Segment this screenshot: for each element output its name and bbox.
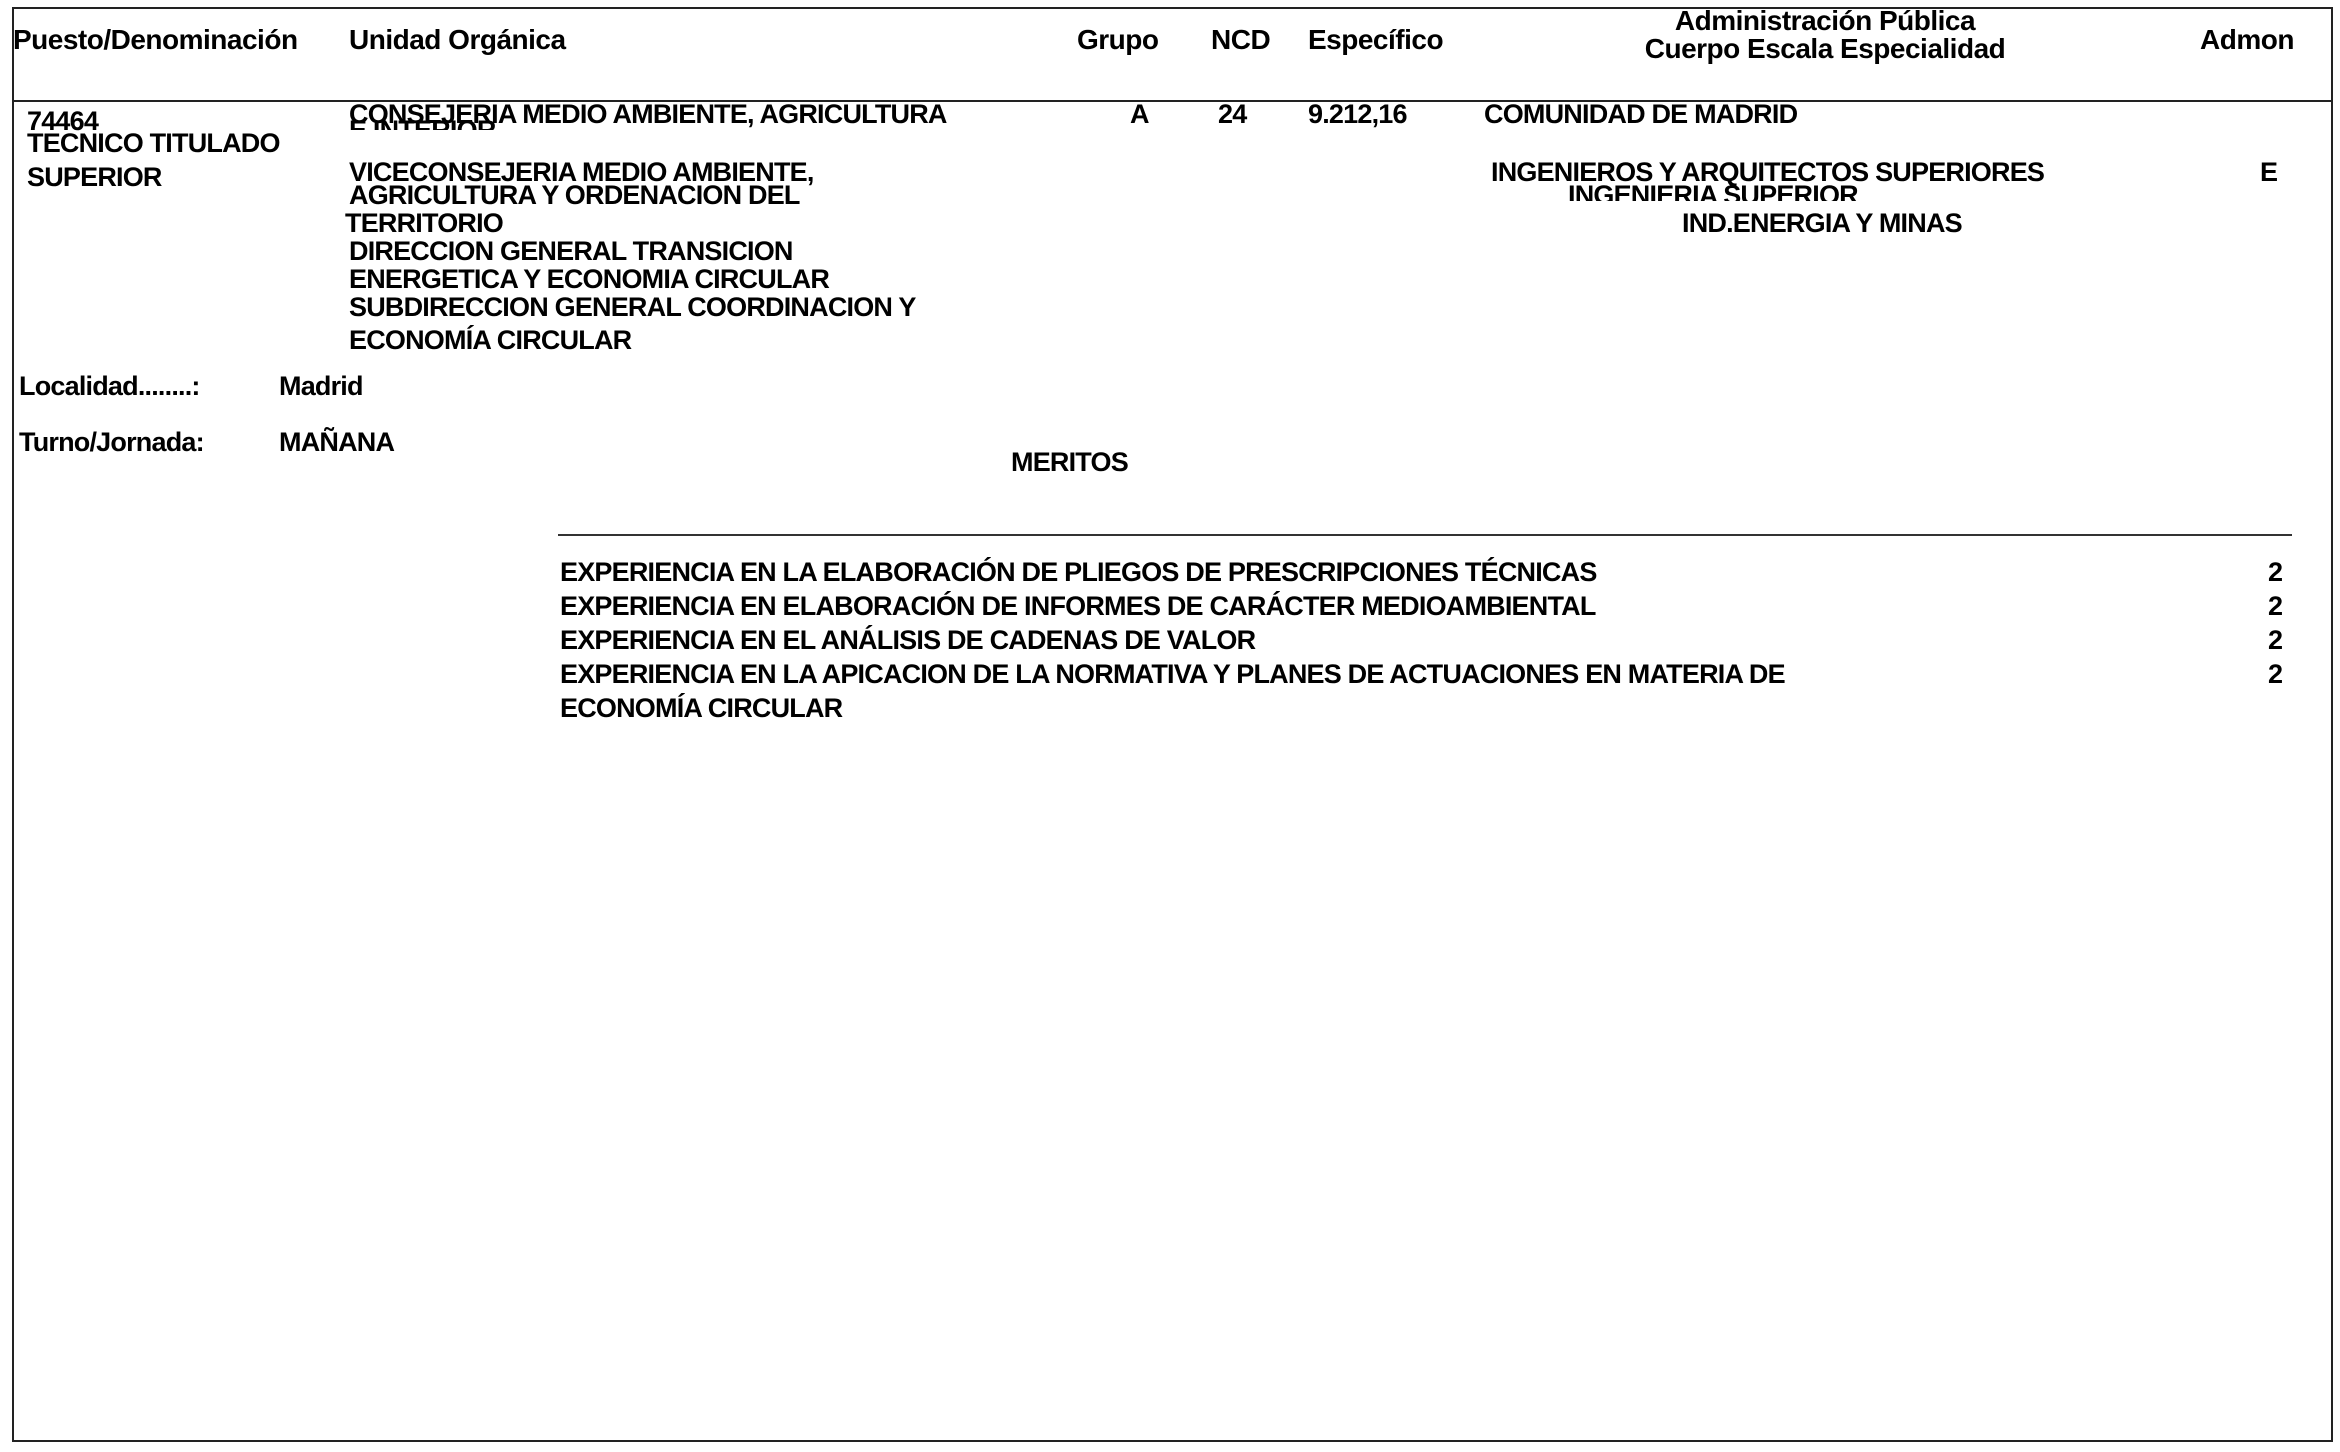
turno-label: Turno/Jornada: [19,428,204,456]
unidad-line: E INTERIOR [349,116,496,130]
unidad-line: ENERGETICA Y ECONOMIA CIRCULAR [349,265,829,293]
header-unidad: Unidad Orgánica [349,24,566,56]
especialidad-value: IND.ENERGIA Y MINAS [1682,209,1962,237]
unidad-line: SUBDIRECCION GENERAL COORDINACION Y [349,293,916,321]
meritos-divider [558,534,2292,536]
localidad-value: Madrid [279,372,363,400]
puesto-denominacion-1: TECNICO TITULADO [27,129,280,157]
puesto-denominacion-2: SUPERIOR [27,163,162,191]
meritos-title: MERITOS [1011,448,1128,476]
merito-item-continuation: ECONOMÍA CIRCULAR [560,694,842,722]
unidad-line: DIRECCION GENERAL TRANSICION [349,237,793,265]
merito-points: 2 [2268,558,2282,586]
merito-points: 2 [2268,592,2282,620]
especifico-value: 9.212,16 [1308,100,1407,128]
admon-value: E [2260,158,2277,186]
merito-item: EXPERIENCIA EN ELABORACIÓN DE INFORMES D… [560,592,1596,620]
header-admon: Admon [2200,24,2294,56]
header-cuerpo-escala: Cuerpo Escala Especialidad [1600,33,2050,65]
merito-points: 2 [2268,626,2282,654]
grupo-value: A [1130,100,1149,128]
ncd-value: 24 [1218,100,1246,128]
header-grupo: Grupo [1077,24,1159,56]
merito-points: 2 [2268,660,2282,688]
merito-item: EXPERIENCIA EN EL ANÁLISIS DE CADENAS DE… [560,626,1255,654]
unidad-line: AGRICULTURA Y ORDENACION DEL [349,181,800,209]
localidad-label: Localidad........: [19,372,200,400]
escala-value: INGENIERIA SUPERIOR [1568,181,1858,201]
administracion-value: COMUNIDAD DE MADRID [1484,100,1797,128]
unidad-line: TERRITORIO [345,209,503,237]
unidad-line: ECONOMÍA CIRCULAR [349,326,631,354]
merito-item: EXPERIENCIA EN LA APICACION DE LA NORMAT… [560,660,1785,688]
merito-item: EXPERIENCIA EN LA ELABORACIÓN DE PLIEGOS… [560,558,1597,586]
turno-value: MAÑANA [279,428,394,456]
header-puesto: Puesto/Denominación [13,24,298,56]
header-ncd: NCD [1211,24,1270,56]
header-especifico: Específico [1308,24,1443,56]
